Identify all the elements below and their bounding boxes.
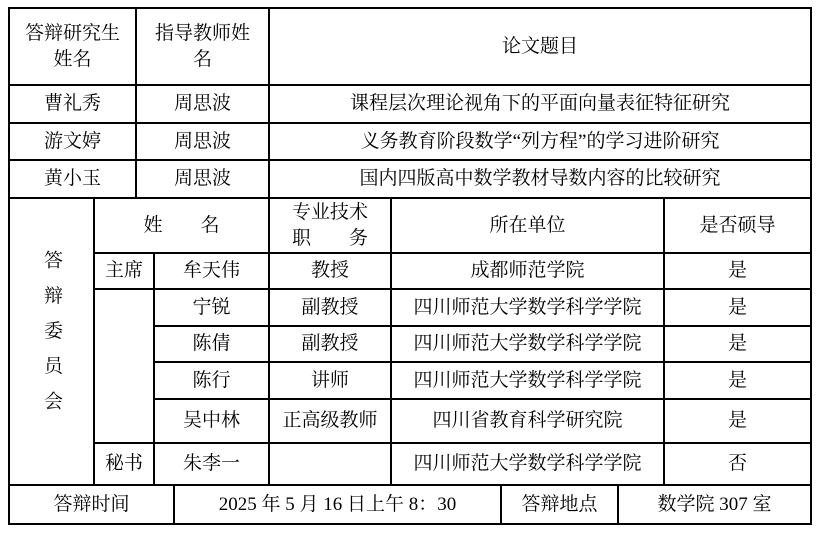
member-supervisor: 是 — [664, 399, 811, 443]
member-supervisor: 是 — [664, 326, 811, 362]
member-unit-header: 所在单位 — [391, 198, 664, 253]
advisor-name: 周思波 — [136, 160, 269, 198]
thesis-title: 课程层次理论视角下的平面向量表征特征研究 — [269, 85, 811, 123]
advisor-name: 周思波 — [136, 85, 269, 123]
member-role — [94, 289, 154, 443]
member-unit: 成都师范学院 — [391, 253, 664, 289]
defense-place-value: 数学院 307 室 — [618, 485, 811, 524]
defense-place-label: 答辩地点 — [501, 485, 618, 524]
student-name: 曹礼秀 — [9, 85, 136, 123]
students-header-row: 答辩研究生 姓名 指导教师姓 名 论文题目 — [9, 8, 811, 85]
advisor-name: 周思波 — [136, 123, 269, 160]
member-title — [269, 443, 391, 485]
member-unit: 四川师范大学数学科学学院 — [391, 289, 664, 326]
member-name: 宁锐 — [154, 289, 269, 326]
student-row: 游文婷 周思波 义务教育阶段数学“列方程”的学习进阶研究 — [9, 123, 811, 160]
member-name: 陈行 — [154, 362, 269, 399]
defense-time-value: 2025 年 5 月 16 日上午 8：30 — [174, 485, 501, 524]
member-role: 主席 — [94, 253, 154, 289]
member-title: 正高级教师 — [269, 399, 391, 443]
member-unit: 四川师范大学数学科学学院 — [391, 362, 664, 399]
member-title: 副教授 — [269, 289, 391, 326]
student-row: 曹礼秀 周思波 课程层次理论视角下的平面向量表征特征研究 — [9, 85, 811, 123]
defense-schedule-document: 答辩研究生 姓名 指导教师姓 名 论文题目 曹礼秀 周思波 课程层次理论视角下的… — [0, 0, 818, 555]
member-name: 吴中林 — [154, 399, 269, 443]
member-name: 陈倩 — [154, 326, 269, 362]
member-row: 主席 牟天伟 教授 成都师范学院 是 — [9, 253, 811, 289]
member-title: 讲师 — [269, 362, 391, 399]
member-supervisor: 否 — [664, 443, 811, 485]
committee-header-row: 答辩委员会 姓 名 专业技术 职 务 所在单位 是否硕导 — [9, 198, 811, 253]
footer-row: 答辩时间 2025 年 5 月 16 日上午 8：30 答辩地点 数学院 307… — [9, 485, 811, 524]
member-supervisor: 是 — [664, 253, 811, 289]
member-title-header: 专业技术 职 务 — [269, 198, 391, 253]
member-role: 秘书 — [94, 443, 154, 485]
student-name: 游文婷 — [9, 123, 136, 160]
thesis-title-header: 论文题目 — [269, 8, 811, 85]
member-row: 宁锐 副教授 四川师范大学数学科学学院 是 — [9, 289, 811, 326]
member-supervisor-header: 是否硕导 — [664, 198, 811, 253]
defense-schedule-table: 答辩研究生 姓名 指导教师姓 名 论文题目 曹礼秀 周思波 课程层次理论视角下的… — [8, 7, 812, 525]
member-row: 秘书 朱李一 四川师范大学数学科学学院 否 — [9, 443, 811, 485]
member-unit: 四川省教育科学研究院 — [391, 399, 664, 443]
thesis-title: 义务教育阶段数学“列方程”的学习进阶研究 — [269, 123, 811, 160]
student-name: 黄小玉 — [9, 160, 136, 198]
member-unit: 四川师范大学数学科学学院 — [391, 326, 664, 362]
member-supervisor: 是 — [664, 362, 811, 399]
committee-label-cell: 答辩委员会 — [9, 198, 94, 485]
student-row: 黄小玉 周思波 国内四版高中数学教材导数内容的比较研究 — [9, 160, 811, 198]
member-name: 朱李一 — [154, 443, 269, 485]
member-unit: 四川师范大学数学科学学院 — [391, 443, 664, 485]
member-title: 教授 — [269, 253, 391, 289]
member-name-header: 姓 名 — [94, 198, 269, 253]
member-title: 副教授 — [269, 326, 391, 362]
advisor-name-header: 指导教师姓 名 — [136, 8, 269, 85]
member-supervisor: 是 — [664, 289, 811, 326]
committee-label: 答辩委员会 — [42, 250, 61, 426]
thesis-title: 国内四版高中数学教材导数内容的比较研究 — [269, 160, 811, 198]
member-name: 牟天伟 — [154, 253, 269, 289]
student-name-header: 答辩研究生 姓名 — [9, 8, 136, 85]
defense-time-label: 答辩时间 — [9, 485, 174, 524]
